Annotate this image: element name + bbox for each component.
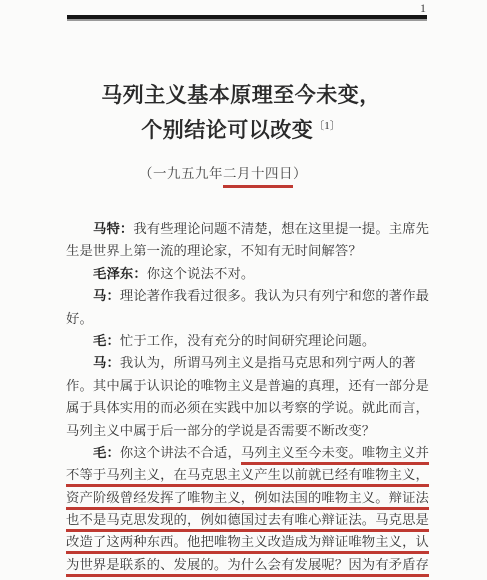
red-underlined-text: 改造了这两种东西。他把唯物主义改造成为辩证唯物主义，认 (66, 534, 429, 554)
text-segment: 忙于工作，没有充分的时间研究理论问题。 (120, 333, 375, 348)
speaker-label: 马： (93, 288, 120, 303)
header-rule (67, 15, 427, 21)
title-line-2: 个别结论可以改变〔1〕 (0, 111, 482, 146)
text-line: 马：理论著作我看过很多。我认为只有列宁和您的著作最 (66, 285, 430, 307)
footnote-reference: 〔1〕 (313, 120, 341, 132)
page-number: 1 (420, 1, 426, 16)
text-line: 生是世界上第一流的理论家，不知有无时间解答？ (66, 240, 430, 262)
text-segment: 我有些理论问题不清楚，想在这里提一提。主席先 (133, 221, 429, 236)
text-segment: 属于具体实用的而必须在实践中加以考察的学说。就此而言， (66, 400, 429, 415)
text-segment: 你这个讲法不合适， (120, 445, 241, 460)
date-prefix: （一九五九年 (139, 166, 223, 181)
text-line: 毛：你这个讲法不合适，马列主义至今未变。唯物主义并 (66, 442, 430, 464)
red-underlined-text: 也不是马克思发现的，例如德国过去有唯心辩证法。马克思是 (66, 512, 429, 532)
text-line: 作。其中属于认识论的唯物主义是普遍的真理，还有一部分是 (66, 375, 430, 397)
body-text: 马特：我有些理论问题不清楚，想在这里提一提。主席先生是世界上第一流的理论家，不知… (66, 218, 430, 576)
text-segment: 你这个说法不对。 (147, 266, 255, 281)
document-page: 1 马列主义基本原理至今未变， 个别结论可以改变〔1〕 （一九五九年二月十四日）… (0, 0, 487, 580)
text-line: 马列主义中属于后一部分的学说是否需要不断改变？ (66, 420, 430, 442)
text-line: 毛：忙于工作，没有充分的时间研究理论问题。 (66, 330, 430, 352)
red-underlined-text: 不等于马列主义，在马克思主义产生以前就已经有唯物主义， (66, 467, 429, 487)
date-underlined: 二月十四日 (223, 166, 293, 188)
text-segment: 马列主义中属于后一部分的学说是否需要不断改变？ (66, 423, 375, 438)
text-line: 好。 (66, 308, 430, 330)
date-suffix: ） (293, 166, 307, 181)
text-line: 改造了这两种东西。他把唯物主义改造成为辩证唯物主义，认 (66, 531, 430, 553)
red-underlined-text: 马列主义至今未变。唯物主义并 (241, 445, 429, 465)
text-segment: 作。其中属于认识论的唯物主义是普遍的真理，还有一部分是 (66, 378, 429, 393)
text-line: 马特：我有些理论问题不清楚，想在这里提一提。主席先 (66, 218, 430, 240)
date-line: （一九五九年二月十四日） (0, 162, 464, 182)
text-line: 不等于马列主义，在马克思主义产生以前就已经有唯物主义， (66, 464, 430, 486)
text-line: 毛泽东：你这个说法不对。 (66, 263, 430, 285)
document-title: 马列主义基本原理至今未变， 个别结论可以改变〔1〕 (0, 80, 482, 146)
text-line: 马：我认为，所谓马列主义是指马克思和列宁两人的著 (66, 352, 430, 374)
text-segment: 理论著作我看过很多。我认为只有列宁和您的著作最 (120, 288, 429, 303)
title-line-1: 马列主义基本原理至今未变， (0, 80, 482, 111)
speaker-label: 毛： (93, 333, 120, 348)
text-line: 为世界是联系的、发展的。为什么会有发展呢？因为有矛盾存 (66, 554, 430, 576)
text-line: 也不是马克思发现的，例如德国过去有唯心辩证法。马克思是 (66, 509, 430, 531)
text-segment: 好。 (66, 311, 93, 326)
speaker-label: 马特： (93, 221, 133, 236)
speaker-label: 毛泽东： (93, 266, 147, 281)
text-line: 属于具体实用的而必须在实践中加以考察的学说。就此而言， (66, 397, 430, 419)
text-line: 资产阶级曾经发挥了唯物主义，例如法国的唯物主义。辩证法 (66, 487, 430, 509)
speaker-label: 毛： (93, 445, 120, 460)
red-underlined-text: 资产阶级曾经发挥了唯物主义，例如法国的唯物主义。辩证法 (66, 490, 429, 510)
red-underlined-text: 为世界是联系的、发展的。为什么会有发展呢？因为有矛盾存 (66, 557, 429, 577)
speaker-label: 马： (93, 355, 120, 370)
text-segment: 生是世界上第一流的理论家，不知有无时间解答？ (66, 243, 362, 258)
text-segment: 我认为，所谓马列主义是指马克思和列宁两人的著 (120, 355, 416, 370)
